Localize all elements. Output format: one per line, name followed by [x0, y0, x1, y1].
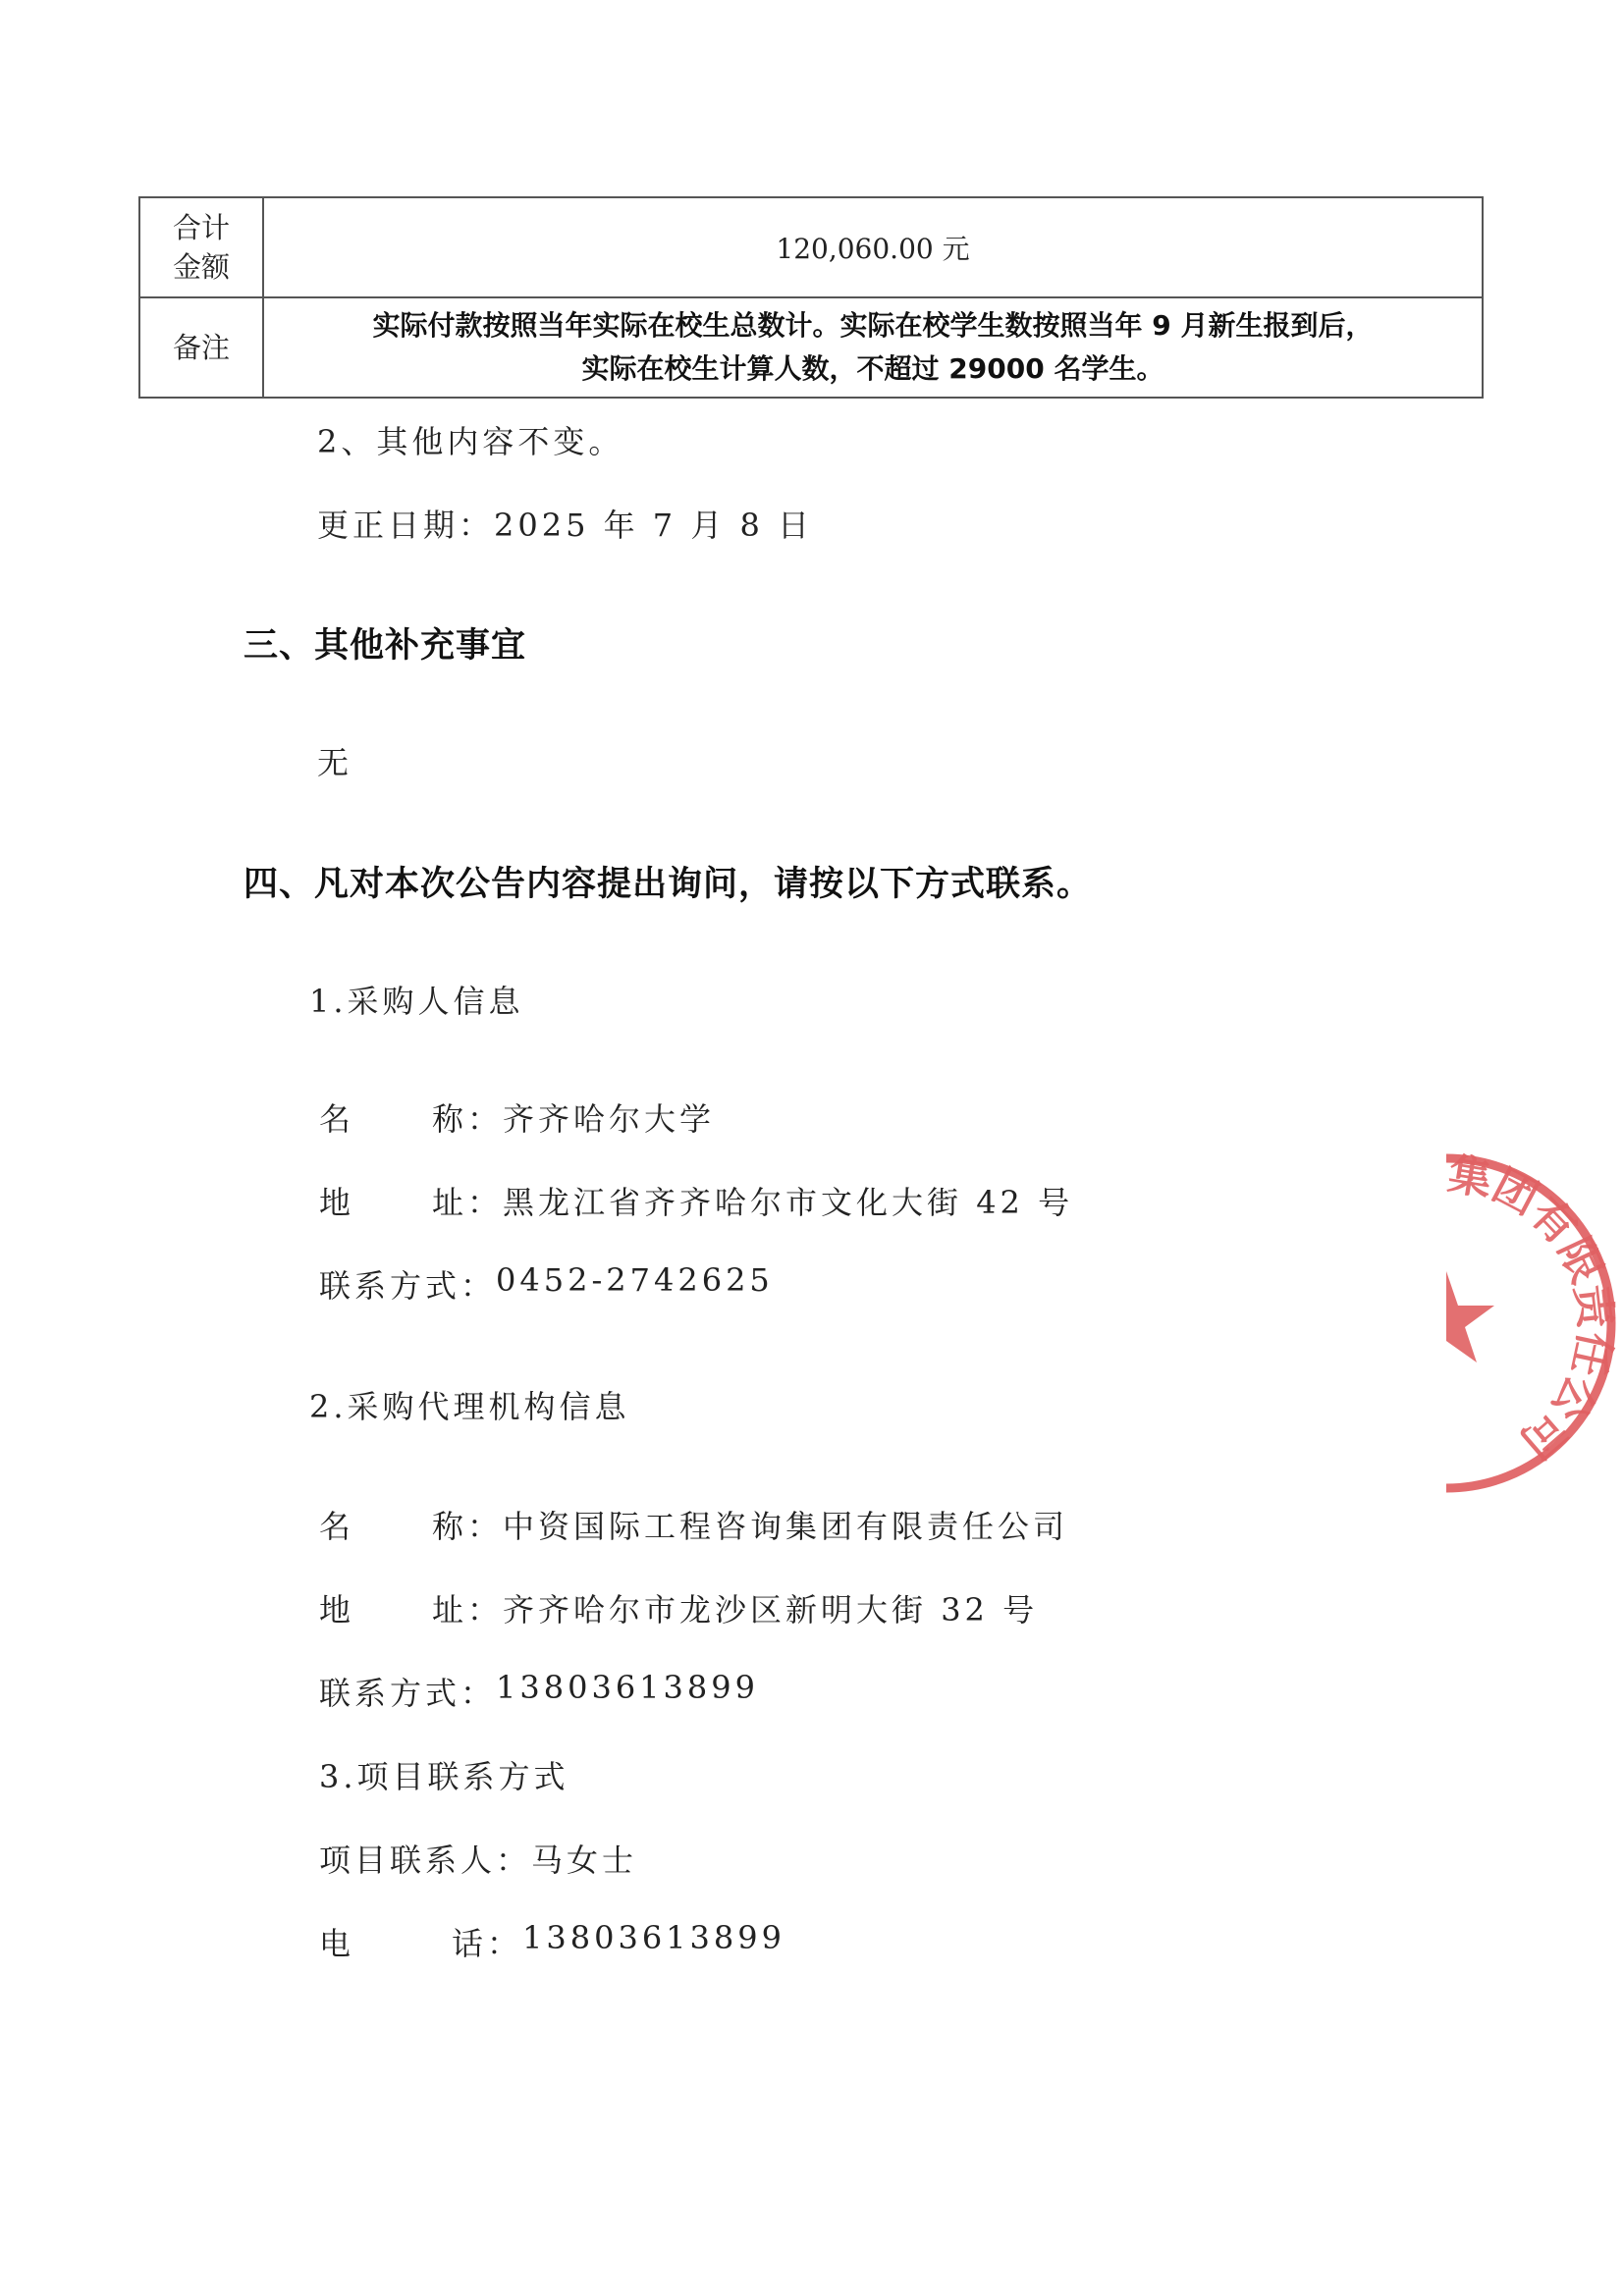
purchaser-phone: 0452-2742625	[496, 1261, 774, 1307]
company-seal: 集团有限责任公司	[1446, 1139, 1623, 1512]
label: 联系方式：	[319, 1261, 496, 1307]
label: 项目联系人：	[319, 1836, 531, 1881]
table-row-total: 合计 金额 120,060.00 元	[139, 197, 1483, 297]
label: 名	[319, 1095, 432, 1140]
total-amount-label: 合计 金额	[139, 197, 263, 297]
note-line: 实际在校生计算人数，不超过 29000 名学生。	[274, 347, 1472, 391]
label: 话：	[452, 1919, 522, 1964]
agency-address: 齐齐哈尔市龙沙区新明大街 32 号	[503, 1585, 1038, 1630]
label: 称：	[432, 1502, 503, 1547]
project-contact-person: 马女士	[531, 1836, 637, 1881]
agency-phone: 13803613899	[496, 1669, 759, 1714]
section-4-heading: 四、凡对本次公告内容提出询问，请按以下方式联系。	[243, 857, 1092, 906]
purchaser-contact-row: 联系方式： 0452-2742625	[319, 1261, 774, 1307]
purchaser-name: 齐齐哈尔大学	[503, 1095, 715, 1140]
label: 址：	[432, 1178, 503, 1223]
notes-value: 实际付款按照当年实际在校生总数计。实际在校学生数按照当年 9 月新生报到后， 实…	[264, 300, 1482, 395]
seal-icon: 集团有限责任公司	[1446, 1139, 1623, 1512]
agency-contact-row: 联系方式： 13803613899	[319, 1669, 759, 1714]
project-contact-title: 3.项目联系方式	[319, 1752, 569, 1797]
purchaser-info-title: 1.采购人信息	[309, 977, 524, 1022]
label: 址：	[432, 1585, 503, 1630]
purchaser-name-row: 名 称： 齐齐哈尔大学	[319, 1095, 715, 1140]
document-page: 合计 金额 120,060.00 元 备注 实际付款按照当年实际在校生总数计。实…	[0, 0, 1623, 2296]
project-phone-row: 电 话： 13803613899	[319, 1919, 785, 1964]
notes-value-cell: 实际付款按照当年实际在校生总数计。实际在校学生数按照当年 9 月新生报到后， 实…	[263, 297, 1483, 398]
label-line: 备注	[140, 328, 262, 367]
label: 名	[319, 1502, 432, 1547]
label: 地	[319, 1585, 432, 1630]
section-3-body: 无	[317, 738, 352, 783]
agency-info-title: 2.采购代理机构信息	[309, 1382, 630, 1427]
table-row-notes: 备注 实际付款按照当年实际在校生总数计。实际在校学生数按照当年 9 月新生报到后…	[139, 297, 1483, 398]
agency-name-row: 名 称： 中资国际工程咨询集团有限责任公司	[319, 1502, 1068, 1547]
agency-address-row: 地 址： 齐齐哈尔市龙沙区新明大街 32 号	[319, 1585, 1038, 1630]
correction-date: 更正日期：2025 年 7 月 8 日	[317, 501, 813, 546]
label: 联系方式：	[319, 1669, 496, 1714]
notes-label: 备注	[139, 297, 263, 398]
agency-name: 中资国际工程咨询集团有限责任公司	[503, 1502, 1068, 1547]
project-person-row: 项目联系人： 马女士	[319, 1836, 637, 1881]
label: 称：	[432, 1095, 503, 1140]
purchaser-address: 黑龙江省齐齐哈尔市文化大街 42 号	[503, 1178, 1073, 1223]
label: 地	[319, 1178, 432, 1223]
project-phone: 13803613899	[522, 1919, 785, 1964]
label: 电	[319, 1919, 452, 1964]
label-line: 金额	[140, 247, 262, 287]
other-content-unchanged: 2、其他内容不变。	[317, 417, 623, 462]
label-line: 合计	[140, 208, 262, 247]
total-amount-value: 120,060.00 元	[776, 233, 969, 265]
total-amount-value-cell: 120,060.00 元	[263, 197, 1483, 297]
amount-notes-table: 合计 金额 120,060.00 元 备注 实际付款按照当年实际在校生总数计。实…	[138, 196, 1484, 399]
note-line: 实际付款按照当年实际在校生总数计。实际在校学生数按照当年 9 月新生报到后，	[274, 304, 1472, 347]
section-3-heading: 三、其他补充事宜	[243, 618, 526, 667]
purchaser-address-row: 地 址： 黑龙江省齐齐哈尔市文化大街 42 号	[319, 1178, 1073, 1223]
